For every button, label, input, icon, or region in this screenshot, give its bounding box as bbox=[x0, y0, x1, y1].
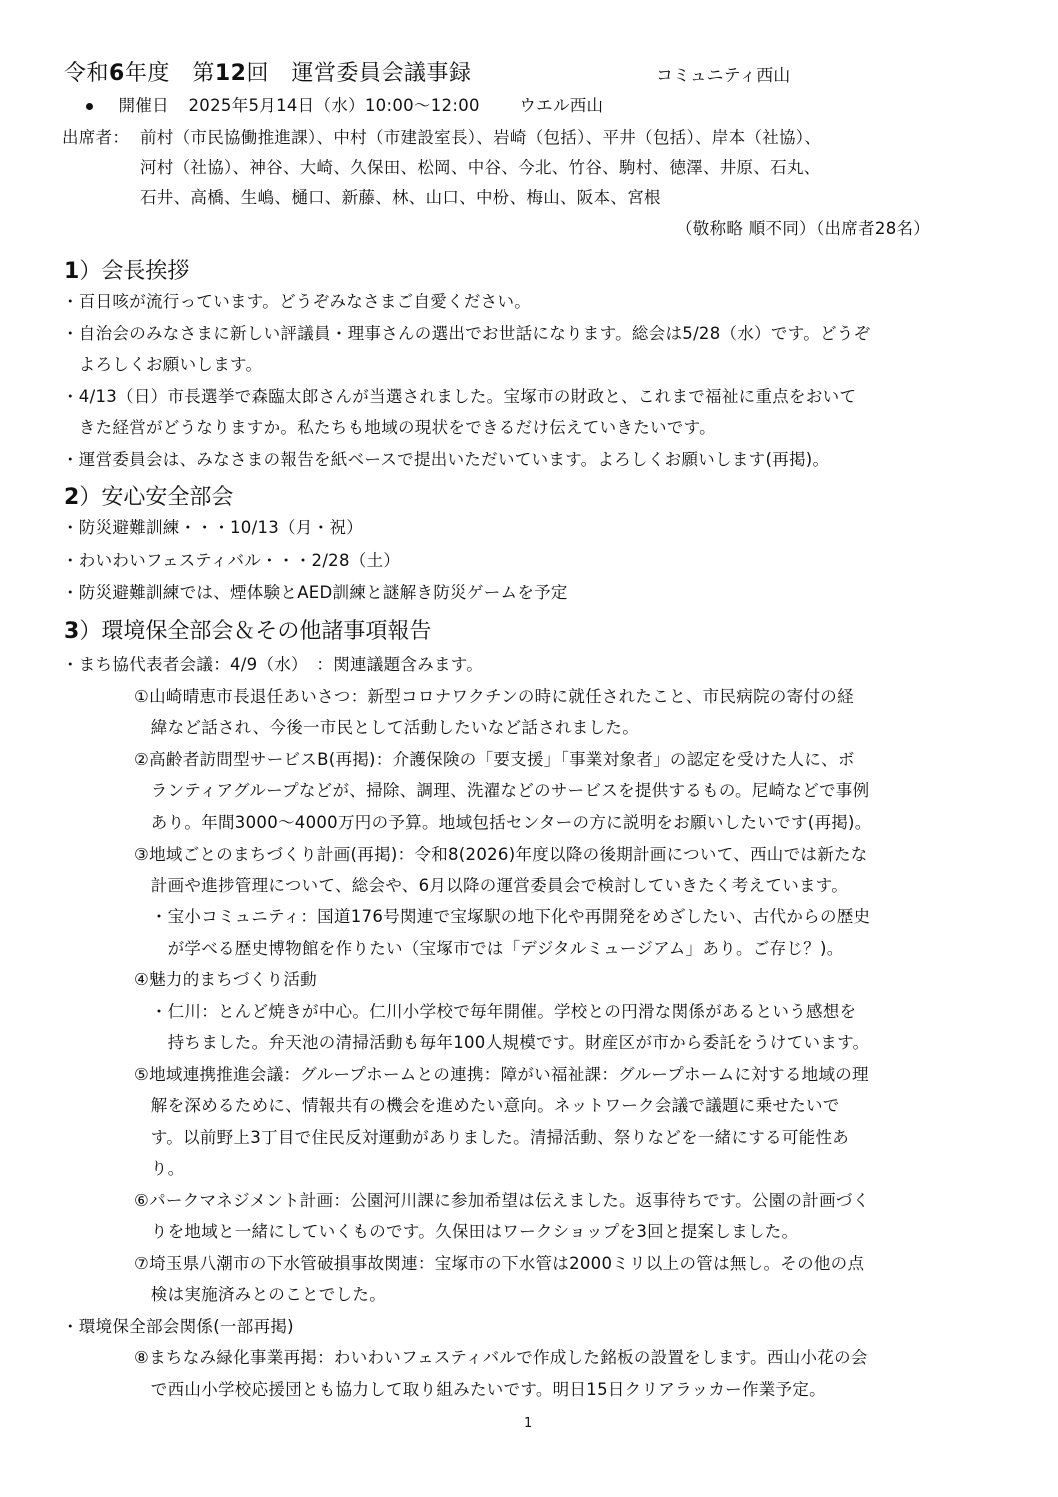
section-heading: 1）会長挨拶 bbox=[64, 254, 189, 285]
title-part: 年度 第 bbox=[125, 61, 215, 86]
list-item: ・防災避難訓練・・・10/13（月・祝） bbox=[62, 518, 363, 538]
section-number: 1 bbox=[64, 259, 79, 284]
title-part: 6 bbox=[109, 61, 125, 86]
item-line: す。以前野上3丁目で住民反対運動がありました。清掃活動、祭りなどを一緒にする可能… bbox=[134, 1128, 849, 1148]
item-line: ・仁川：とんど焼きが中心。仁川小学校で毎年開催。学校との円滑な関係があるという感… bbox=[134, 1002, 856, 1022]
item-line: 検は実施済みとのことでした。 bbox=[134, 1285, 386, 1305]
section-number: 3 bbox=[64, 619, 79, 644]
item-line: ②高齢者訪問型サービスB(再掲)：介護保険の「要支援」「事業対象者」の認定を受け… bbox=[134, 750, 855, 770]
item-line: 解を深めるために、情報共有の機会を進めたい意向。ネットワーク会議で議題に乗せたい… bbox=[134, 1096, 840, 1116]
section-heading: 2）安心安全部会 bbox=[64, 480, 233, 511]
item-line: 計画や進捗管理について、総会や、6月以降の運営委員会で検討していきたく考えていま… bbox=[134, 876, 848, 896]
item-line: 緯など話され、今後一市民として活動したいなど話されました。 bbox=[134, 718, 639, 738]
list-item: ・環境保全部会関係(一部再掲) bbox=[62, 1317, 294, 1337]
item-line: あり。年間3000〜4000万円の予算。地域包括センターの方に説明をお願いしたい… bbox=[134, 813, 872, 833]
section-number: 2 bbox=[64, 485, 79, 510]
venue: ウエル西山 bbox=[519, 96, 603, 115]
item-line: が学べる歴史博物館を作りたい（宝塚市では「デジタルミュージアム」あり。ご存じ？)… bbox=[134, 939, 844, 959]
item-line: ⑦埼玉県八潮市の下水管破損事故関連：宝塚市の下水管は2000ミリ以上の管は無し。… bbox=[134, 1254, 864, 1274]
attendees-line: 河村（社協）、神谷、大崎、久保田、松岡、中谷、今北、竹谷、駒村、徳澤、井原、石丸… bbox=[140, 158, 821, 178]
item-line: ランティアグループなどが、掃除、調理、洗濯などのサービスを提供するもの。尼崎など… bbox=[134, 781, 869, 801]
title-part: 12 bbox=[215, 61, 247, 86]
list-item: よろしくお願いします。 bbox=[62, 355, 262, 375]
item-line: ・宝小コミュニティ：国道176号関連で宝塚駅の地下化や再開発をめざしたい、古代か… bbox=[134, 907, 870, 927]
item-line: で西山小学校応援団とも協力して取り組みたいです。明日15日クリアラッカー作業予定… bbox=[134, 1380, 826, 1400]
list-item: きた経営がどうなりますか。私たちも地域の現状をできるだけ伝えていきたいです。 bbox=[62, 418, 716, 438]
date-value: 2025年5月14日（水）10:00〜12:00 bbox=[189, 96, 480, 115]
organization-name: コミュニティ西山 bbox=[656, 61, 790, 86]
item-line: りを地域と一緒にしていくものです。久保田はワークショップを3回と提案しました。 bbox=[134, 1222, 798, 1242]
list-item: ・百日咳が流行っています。どうぞみなさまご自愛ください。 bbox=[62, 292, 531, 312]
list-item: ・まち協代表者会議：4/9（水） ：関連議題含みます。 bbox=[62, 655, 483, 675]
item-line: 持ちました。弁天池の清掃活動も毎年100人規模です。財産区が市から委託をうけてい… bbox=[134, 1033, 869, 1053]
item-line: ③地域ごとのまちづくり計画(再掲)：令和8(2026)年度以降の後期計画について… bbox=[134, 845, 868, 865]
meeting-info: 開催日 2025年5月14日（水）10:00〜12:00 ウエル西山 bbox=[86, 96, 603, 116]
section-title: ）会長挨拶 bbox=[79, 259, 189, 284]
document-page: 令和6年度 第12回 運営委員会議事録 コミュニティ西山 開催日 2025年5月… bbox=[0, 0, 1058, 1497]
attendees-label: 出席者： bbox=[62, 128, 129, 148]
item-line: り。 bbox=[134, 1159, 184, 1179]
section-title: ）安心安全部会 bbox=[79, 485, 233, 510]
list-item: ・4/13（日）市長選挙で森臨太郎さんが当選されました。宝塚市の財政と、これまで… bbox=[62, 387, 856, 407]
item-line: ④魅力的まちづくり活動 bbox=[134, 970, 317, 990]
list-item: ・自治会のみなさまに新しい評議員・理事さんの選出でお世話になります。総会は5/2… bbox=[62, 324, 870, 344]
section-title: ）環境保全部会＆その他諸事項報告 bbox=[79, 619, 431, 644]
item-line: ⑤地域連携推進会議：グループホームとの連携：障がい福祉課：グループホームに対する… bbox=[134, 1065, 869, 1085]
title-part: 回 運営委員会議事録 bbox=[246, 61, 471, 86]
attendees-line: 石井、高橋、生嶋、樋口、新藤、林、山口、中枌、梅山、阪本、宮根 bbox=[140, 188, 661, 208]
item-line: ⑧まちなみ緑化事業再掲：わいわいフェスティバルで作成した銘板の設置をします。西山… bbox=[134, 1348, 868, 1368]
page-number: 1 bbox=[524, 1416, 532, 1431]
document-title: 令和6年度 第12回 運営委員会議事録 bbox=[64, 56, 471, 87]
bullet-icon bbox=[86, 103, 93, 110]
item-line: ⑥パークマネジメント計画：公園河川課に参加希望は伝えました。返事待ちです。公園の… bbox=[134, 1191, 870, 1211]
date-label: 開催日 bbox=[119, 96, 169, 115]
attendees-line: 前村（市民協働推進課）、中村（市建設室長）、岩崎（包括）、平井（包括）、岸本（社… bbox=[140, 128, 821, 148]
list-item: ・わいわいフェスティバル・・・2/28（土） bbox=[62, 551, 400, 571]
list-item: ・運営委員会は、みなさまの報告を紙ベースで提出いただいています。よろしくお願いし… bbox=[62, 450, 829, 470]
title-part: 令和 bbox=[64, 61, 109, 86]
section-heading: 3）環境保全部会＆その他諸事項報告 bbox=[64, 614, 431, 645]
item-line: ①山崎晴恵市長退任あいさつ：新型コロナワクチンの時に就任されたこと、市民病院の寄… bbox=[134, 687, 854, 707]
attendees-note: （敬称略 順不同）（出席者28名） bbox=[676, 219, 930, 239]
list-item: ・防災避難訓練では、煙体験とAED訓練と謎解き防災ゲームを予定 bbox=[62, 583, 568, 603]
